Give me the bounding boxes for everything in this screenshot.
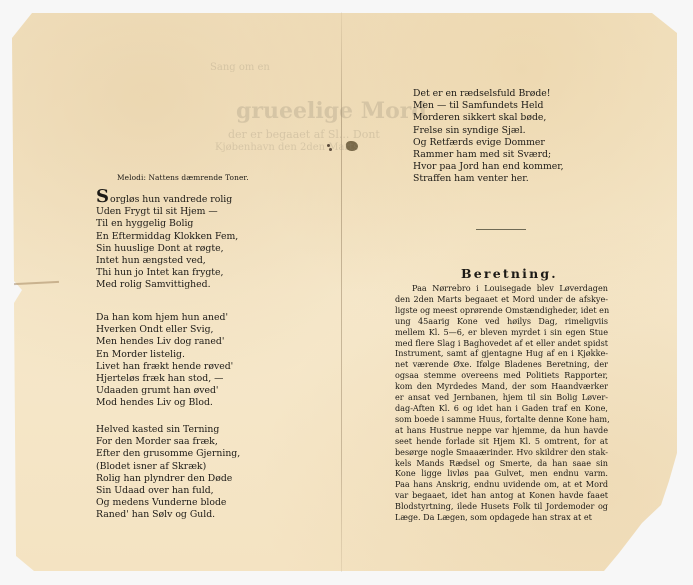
- report-line: net værende Øxe. Ifølge Bladenes Beretni…: [395, 359, 608, 370]
- report-line: ogsaa stemme overeens med Politiets Rapp…: [395, 370, 608, 381]
- report-line: besørge nogle Smaaærinder. Hvo skildrer …: [395, 447, 608, 458]
- report-line: er ansat ved Jernbanen, hjem til sin Bol…: [395, 392, 608, 403]
- verse-line: Og Retfærds evige Dommer: [413, 137, 564, 149]
- melody-note: Melodi: Nattens dæmrende Toner.: [117, 173, 249, 182]
- report-line: seet hende forlade sit Hjem Kl. 5 omtren…: [395, 436, 608, 447]
- verse-line: Udaaden grumt han øved': [96, 385, 233, 397]
- bleed-through-title: grueelige Mord: [236, 98, 427, 124]
- verse-line: Frelse sin syndige Sjæl.: [413, 125, 564, 137]
- verse-line: Raned' han Sølv og Guld.: [96, 509, 240, 521]
- verse-line: (Blodet isner af Skræk): [96, 461, 240, 473]
- report-line: Læge. Da Lægen, som opdagede han strax a…: [395, 512, 608, 523]
- verse-line: Intet hun ængsted ved,: [96, 255, 238, 267]
- verse-line: Rammer ham med sit Sværd;: [413, 149, 564, 161]
- report-line: Kone ligge livløs paa Gulvet, men endnu …: [395, 468, 608, 479]
- verse-line: Hjerteløs fræk han stod, —: [96, 373, 233, 385]
- verse-line: Rolig han plyndrer den Døde: [96, 473, 240, 485]
- verse-line: Sin huuslige Dont at røgte,: [96, 243, 238, 255]
- verse-line: Sin Udaad over han fuld,: [96, 485, 240, 497]
- report-line: Instrument, samt af gjentagne Hug af en …: [395, 348, 608, 359]
- report-heading: Beretning.: [461, 266, 558, 281]
- center-fold-line: [341, 12, 342, 572]
- verse-line: Men — til Samfundets Held: [413, 100, 564, 112]
- verse-line: Sorgløs hun vandrede rolig: [96, 191, 238, 206]
- report-line: som boede i samme Huus, fortalte denne K…: [395, 414, 608, 425]
- verse-line: Til en hyggelig Bolig: [96, 218, 238, 230]
- verse-line: Det er en rædselsfuld Brøde!: [413, 88, 564, 100]
- verse-line: Da han kom hjem hun aned': [96, 312, 233, 324]
- verse-line: Mod hendes Liv og Blod.: [96, 397, 233, 409]
- verse-line: Efter den grusomme Gjerning,: [96, 448, 240, 460]
- verse-line: Thi hun jo Intet kan frygte,: [96, 267, 238, 279]
- report-line: med flere Slag i Baghovedet af et eller …: [395, 338, 608, 349]
- verse-line: Men hendes Liv dog raned': [96, 336, 233, 348]
- verse-line: Hverken Ondt eller Svig,: [96, 324, 233, 336]
- bleed-through-text: der er begaaet af Sl... Dont: [228, 128, 380, 141]
- report-line: var begaaet, idet han antog at Konen hav…: [395, 490, 608, 501]
- stanza-3: Helved kasted sin Terning For den Morder…: [96, 424, 240, 522]
- report-line: mellem Kl. 5—6, er bleven myrdet i sin e…: [395, 327, 608, 338]
- verse-line: For den Morder saa fræk,: [96, 436, 240, 448]
- verse-line: Hvor paa Jord han end kommer,: [413, 161, 564, 173]
- verse-line: Med rolig Samvittighed.: [96, 279, 238, 291]
- verse-line: Helved kasted sin Terning: [96, 424, 240, 436]
- verse-line: Uden Frygt til sit Hjem —: [96, 206, 238, 218]
- stanza-4: Det er en rædselsfuld Brøde! Men — til S…: [413, 88, 564, 186]
- verse-line: En Morder listelig.: [96, 349, 233, 361]
- drop-cap: S: [96, 186, 109, 207]
- stanza-2: Da han kom hjem hun aned' Hverken Ondt e…: [96, 312, 233, 410]
- bleed-through-text: Sang om en: [210, 62, 270, 73]
- stanza-1: Sorgløs hun vandrede rolig Uden Frygt ti…: [96, 191, 238, 292]
- report-line: kels Mands Rædsel og Smerte, da han saae…: [395, 458, 608, 469]
- report-line: dag-Aften Kl. 6 og idet han i Gaden traf…: [395, 403, 608, 414]
- report-line: den 2den Marts begaaet et Mord under de …: [395, 294, 608, 305]
- verse-line: Livet han frækt hende røved': [96, 361, 233, 373]
- bleed-through-text: Kjøbenhavn den 2den Marts: [215, 142, 358, 153]
- verse-line: Og medens Vunderne blode: [96, 497, 240, 509]
- report-body: Paa Nørrebro i Louisegade blev Løverdage…: [395, 283, 608, 523]
- report-line: ung 45aarig Kone ved høilys Dag, rimelig…: [395, 316, 608, 327]
- report-line: Paa hans Anskrig, endnu uvidende om, at …: [395, 479, 608, 490]
- verse-line: En Eftermiddag Klokken Fem,: [96, 231, 238, 243]
- report-line: ligste og meest oprørende Omstændigheder…: [395, 305, 608, 316]
- report-line: at hans Hustrue neppe var hjemme, da hun…: [395, 425, 608, 436]
- section-divider: [476, 229, 526, 230]
- verse-line: Morderen sikkert skal bøde,: [413, 112, 564, 124]
- report-line: kom den Myrdedes Mand, der som Haandværk…: [395, 381, 608, 392]
- report-line: Blodstyrtning, ilede Husets Folk til Jor…: [395, 501, 608, 512]
- report-line: Paa Nørrebro i Louisegade blev Løverdage…: [395, 283, 608, 294]
- verse-line: Straffen ham venter her.: [413, 173, 564, 185]
